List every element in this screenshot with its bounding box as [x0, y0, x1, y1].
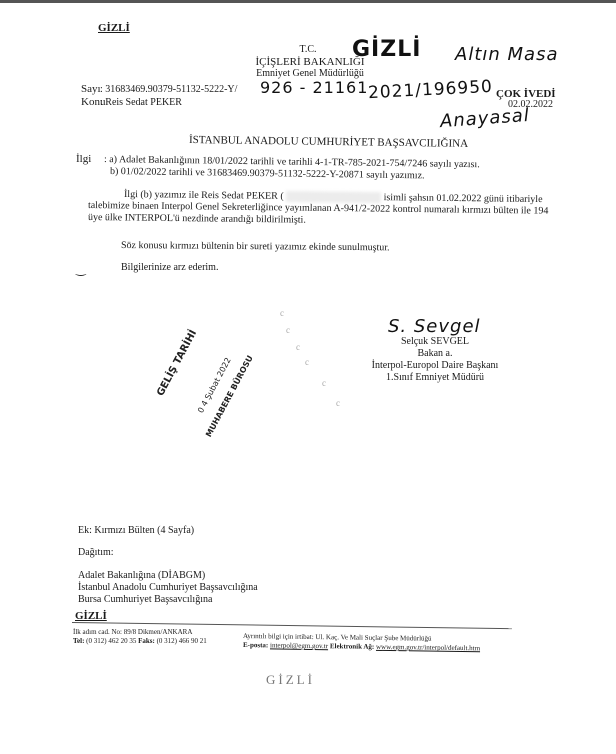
addressee: İSTANBUL ANADOLU CUMHURİYET BAŞSAVCILIĞI…: [189, 134, 468, 150]
handwritten-note: Altın Masa: [455, 44, 558, 65]
email-label: E-posta:: [243, 641, 268, 649]
faint-stamp-mark: c: [296, 342, 300, 352]
handwritten-ref: 2021/196950: [368, 77, 494, 104]
body-para3: Bilgilerinize arz ederim.: [121, 262, 218, 273]
konu-value: : Reis Sedat PEKER: [100, 96, 182, 109]
ministry-name: İÇİŞLERİ BAKANLIĞI: [240, 56, 380, 68]
bottom-faint-stamp: GİZLİ: [266, 672, 315, 688]
web-link[interactable]: www.egm.gov.tr/interpol/default.htm: [376, 643, 480, 652]
recipient-3: Bursa Cumhuriyet Başsavcılığına: [78, 594, 212, 605]
classification-top: GİZLİ: [98, 22, 130, 34]
web-label: Elektronik Ağ:: [330, 642, 375, 651]
tel-label: Tel:: [73, 637, 84, 645]
ilgi-label: İlgi: [76, 153, 91, 166]
email-link[interactable]: interpol@egm.gov.tr: [270, 641, 328, 650]
faint-stamp-mark: c: [280, 308, 284, 318]
body-para2: Söz konusu kırmızı bültenin bir sureti y…: [121, 240, 390, 253]
signatory-role-3: 1.Sınıf Emniyet Müdürü: [360, 372, 510, 383]
body-para1-line3: üye ülke INTERPOL'ü nezdinde arandığı bi…: [88, 212, 306, 226]
faint-stamp-mark: c: [336, 398, 340, 408]
stamp-title: GELİŞ TARİHİ: [155, 328, 199, 398]
footer-address: İlk adım cad. No: 89/8 Dikmen/ANKARA: [73, 628, 192, 636]
sayi-value: : 31683469.90379-51132-5222-Y/: [100, 83, 237, 96]
signatory-role-2: İnterpol-Europol Daire Başkanı: [360, 360, 510, 371]
faint-stamp-mark: c: [322, 378, 326, 388]
scan-mark: ‿: [76, 262, 86, 277]
faint-stamp-mark: c: [305, 357, 309, 367]
faint-stamp-mark: c: [286, 325, 290, 335]
signatory-role-1: Bakan a.: [360, 348, 510, 359]
fax-label: Faks:: [138, 637, 155, 645]
tc-label: T.C.: [268, 44, 348, 55]
attachment-line: Ek: Kırmızı Bülten (4 Sayfa): [78, 525, 194, 536]
footer-links: E-posta: interpol@egm.gov.tr Elektronik …: [243, 641, 480, 652]
fax-value: (0 312) 466 90 21: [157, 637, 207, 645]
redacted-text: [286, 191, 381, 203]
handwritten-initials: Anayasal: [439, 105, 530, 132]
tel-value: (0 312) 462 20 35: [86, 637, 136, 645]
window-top-border: [0, 0, 616, 3]
sayi-handwritten: 926 - 21161: [260, 78, 368, 97]
sayi-label: Sayı: [81, 83, 101, 96]
distribution-label: Dağıtım:: [78, 547, 114, 558]
recipient-2: İstanbul Anadolu Cumhuriyet Başsavcılığı…: [78, 582, 258, 593]
recipient-1: Adalet Bakanlığına (DİABGM): [78, 570, 205, 581]
classification-bottom: GİZLİ: [75, 610, 107, 622]
signatory-name: Selçuk SEVGEL: [360, 336, 510, 347]
handwritten-signature: S. Sevgel: [388, 316, 481, 337]
footer-phone-line: Tel: (0 312) 462 20 35 Faks: (0 312) 466…: [73, 637, 207, 645]
